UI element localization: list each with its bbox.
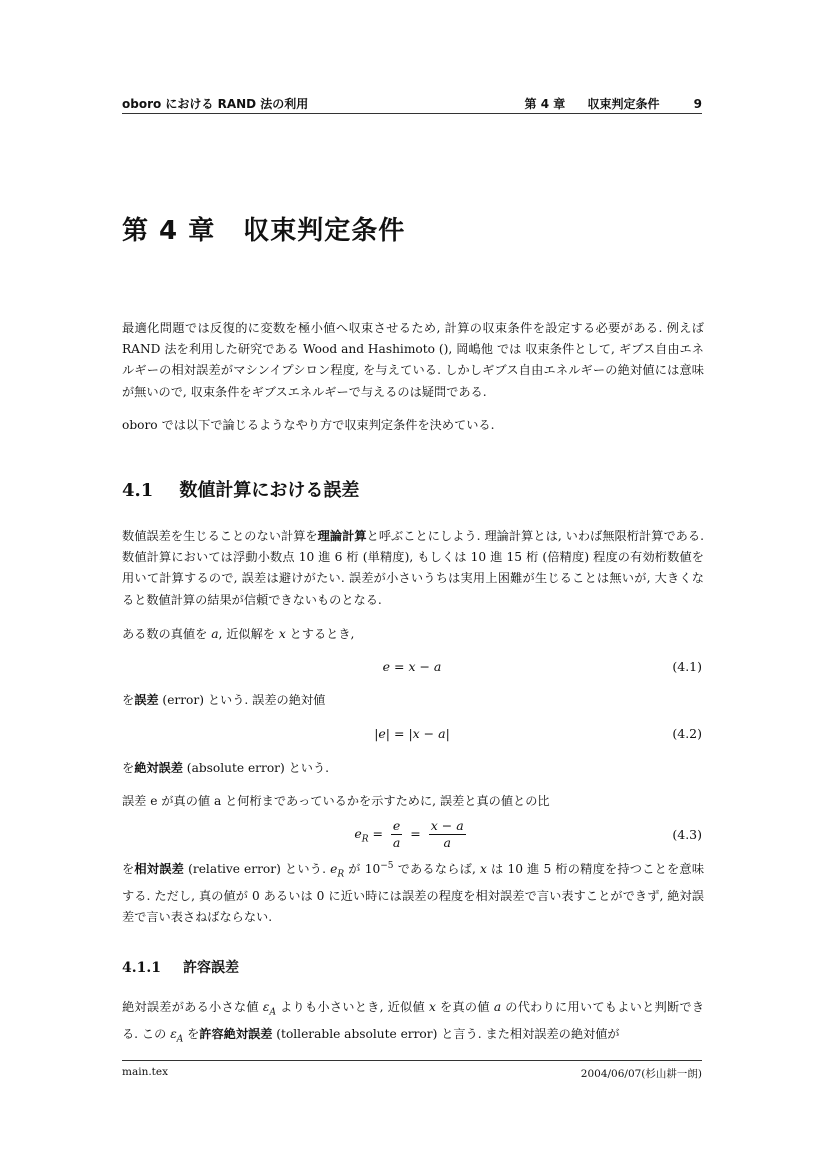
subsection-title: 許容誤差: [183, 960, 239, 976]
equation-body: eR = ea = x − aa: [122, 818, 702, 851]
term-error: 誤差: [134, 693, 158, 707]
eq-rhs: = x − a: [394, 659, 441, 674]
equation-body: |e| = |x − a|: [122, 726, 702, 741]
eq-lhs: e: [383, 659, 390, 674]
subsection-heading-4-1-1: 4.1.1許容誤差: [122, 957, 239, 977]
running-title: oboro における RAND 法の利用: [122, 95, 308, 112]
term-theoretical-computation: 理論計算: [318, 529, 367, 543]
page-number: 9: [694, 97, 702, 111]
numerator: e: [391, 818, 402, 835]
text: であるならば,: [394, 862, 480, 876]
text: ある数の真値を: [122, 627, 211, 641]
section-paragraph-6: を相対誤差 (relative error) という. eR が 10−5 であ…: [122, 856, 704, 928]
text: , 近似解を: [218, 627, 278, 641]
section-paragraph-4: を絶対誤差 (absolute error) という.: [122, 758, 704, 779]
denominator: a: [391, 835, 402, 851]
section-paragraph-1: 数値誤差を生じることのない計算を理論計算と呼ぶことにしよう. 理論計算とは, い…: [122, 526, 704, 611]
text: とするとき,: [286, 627, 355, 641]
header-chapter-label: 第 4 章: [525, 97, 566, 111]
term-relative-error: 相対誤差: [134, 862, 184, 876]
chapter-title: 第 4 章収束判定条件: [122, 210, 405, 247]
text: (tollerable absolute error) と言う. また相対誤差の…: [272, 1027, 619, 1041]
chapter-name: 収束判定条件: [243, 216, 405, 246]
subsection-paragraph-1: 絶対誤差がある小さな値 εA よりも小さいとき, 近似値 x を真の値 a の代…: [122, 997, 704, 1050]
eq-lhs-sub: R: [362, 835, 369, 845]
var-x: x: [429, 1000, 436, 1014]
equation-number: (4.3): [672, 827, 702, 842]
footer-filename: main.tex: [122, 1066, 168, 1078]
term-tolerable-absolute-error: 許容絶対誤差: [199, 1027, 272, 1041]
term-absolute-error: 絶対誤差: [134, 761, 183, 775]
section-number: 4.1: [122, 480, 153, 501]
equation-4-3: eR = ea = x − aa (4.3): [122, 818, 702, 854]
text: (relative error) という.: [184, 862, 330, 876]
equation-number: (4.1): [672, 659, 702, 674]
text: を真の値: [436, 1000, 494, 1014]
text: (absolute error) という.: [183, 761, 329, 775]
denominator: a: [429, 835, 466, 851]
intro-paragraph-1: 最適化問題では反復的に変数を極小値へ収束させるため, 計算の収束条件を設定する必…: [122, 318, 704, 403]
text: を: [122, 761, 134, 775]
var-x: x: [480, 862, 487, 876]
text: を: [122, 693, 134, 707]
running-header: oboro における RAND 法の利用 第 4 章 収束判定条件 9: [122, 93, 702, 114]
numerator: x − a: [429, 818, 466, 835]
text: 数値誤差を生じることのない計算を: [122, 529, 318, 543]
page-footer: main.tex 2004/06/07(杉山耕一朗): [122, 1060, 702, 1081]
eq-lhs: e: [354, 826, 361, 841]
eq-body: |e| = |x − a|: [374, 726, 450, 741]
fraction-x-minus-a-over-a: x − aa: [429, 818, 466, 851]
text: を: [183, 1027, 199, 1041]
header-chapter: 第 4 章 収束判定条件 9: [507, 95, 702, 112]
section-paragraph-2: ある数の真値を a, 近似解を x とするとき,: [122, 624, 704, 645]
chapter-number: 第 4 章: [122, 216, 215, 246]
section-paragraph-5: 誤差 e が真の値 a と何桁まであっているかを示すために, 誤差と真の値との比: [122, 791, 704, 812]
text: よりも小さいとき, 近似値: [276, 1000, 429, 1014]
fraction-e-over-a: ea: [391, 818, 402, 851]
equation-4-1: e = x − a (4.1): [122, 659, 702, 681]
exponent: −5: [380, 861, 393, 871]
equation-4-2: |e| = |x − a| (4.2): [122, 726, 702, 748]
var-x: x: [279, 627, 286, 641]
section-title: 数値計算における誤差: [179, 480, 359, 501]
text: (error) という. 誤差の絶対値: [159, 693, 326, 707]
text: を: [122, 862, 134, 876]
equation-body: e = x − a: [122, 659, 702, 674]
footer-date-author: 2004/06/07(杉山耕一朗): [581, 1066, 702, 1081]
section-heading-4-1: 4.1数値計算における誤差: [122, 476, 359, 502]
section-paragraph-3: を誤差 (error) という. 誤差の絶対値: [122, 690, 704, 711]
equation-number: (4.2): [672, 726, 702, 741]
subsection-number: 4.1.1: [122, 960, 161, 976]
intro-paragraph-2: oboro では以下で論じるようなやり方で収束判定条件を決めている.: [122, 415, 704, 436]
header-chapter-name: 収束判定条件: [587, 97, 659, 111]
text: が 10: [344, 862, 380, 876]
text: 絶対誤差がある小さな値: [122, 1000, 263, 1014]
